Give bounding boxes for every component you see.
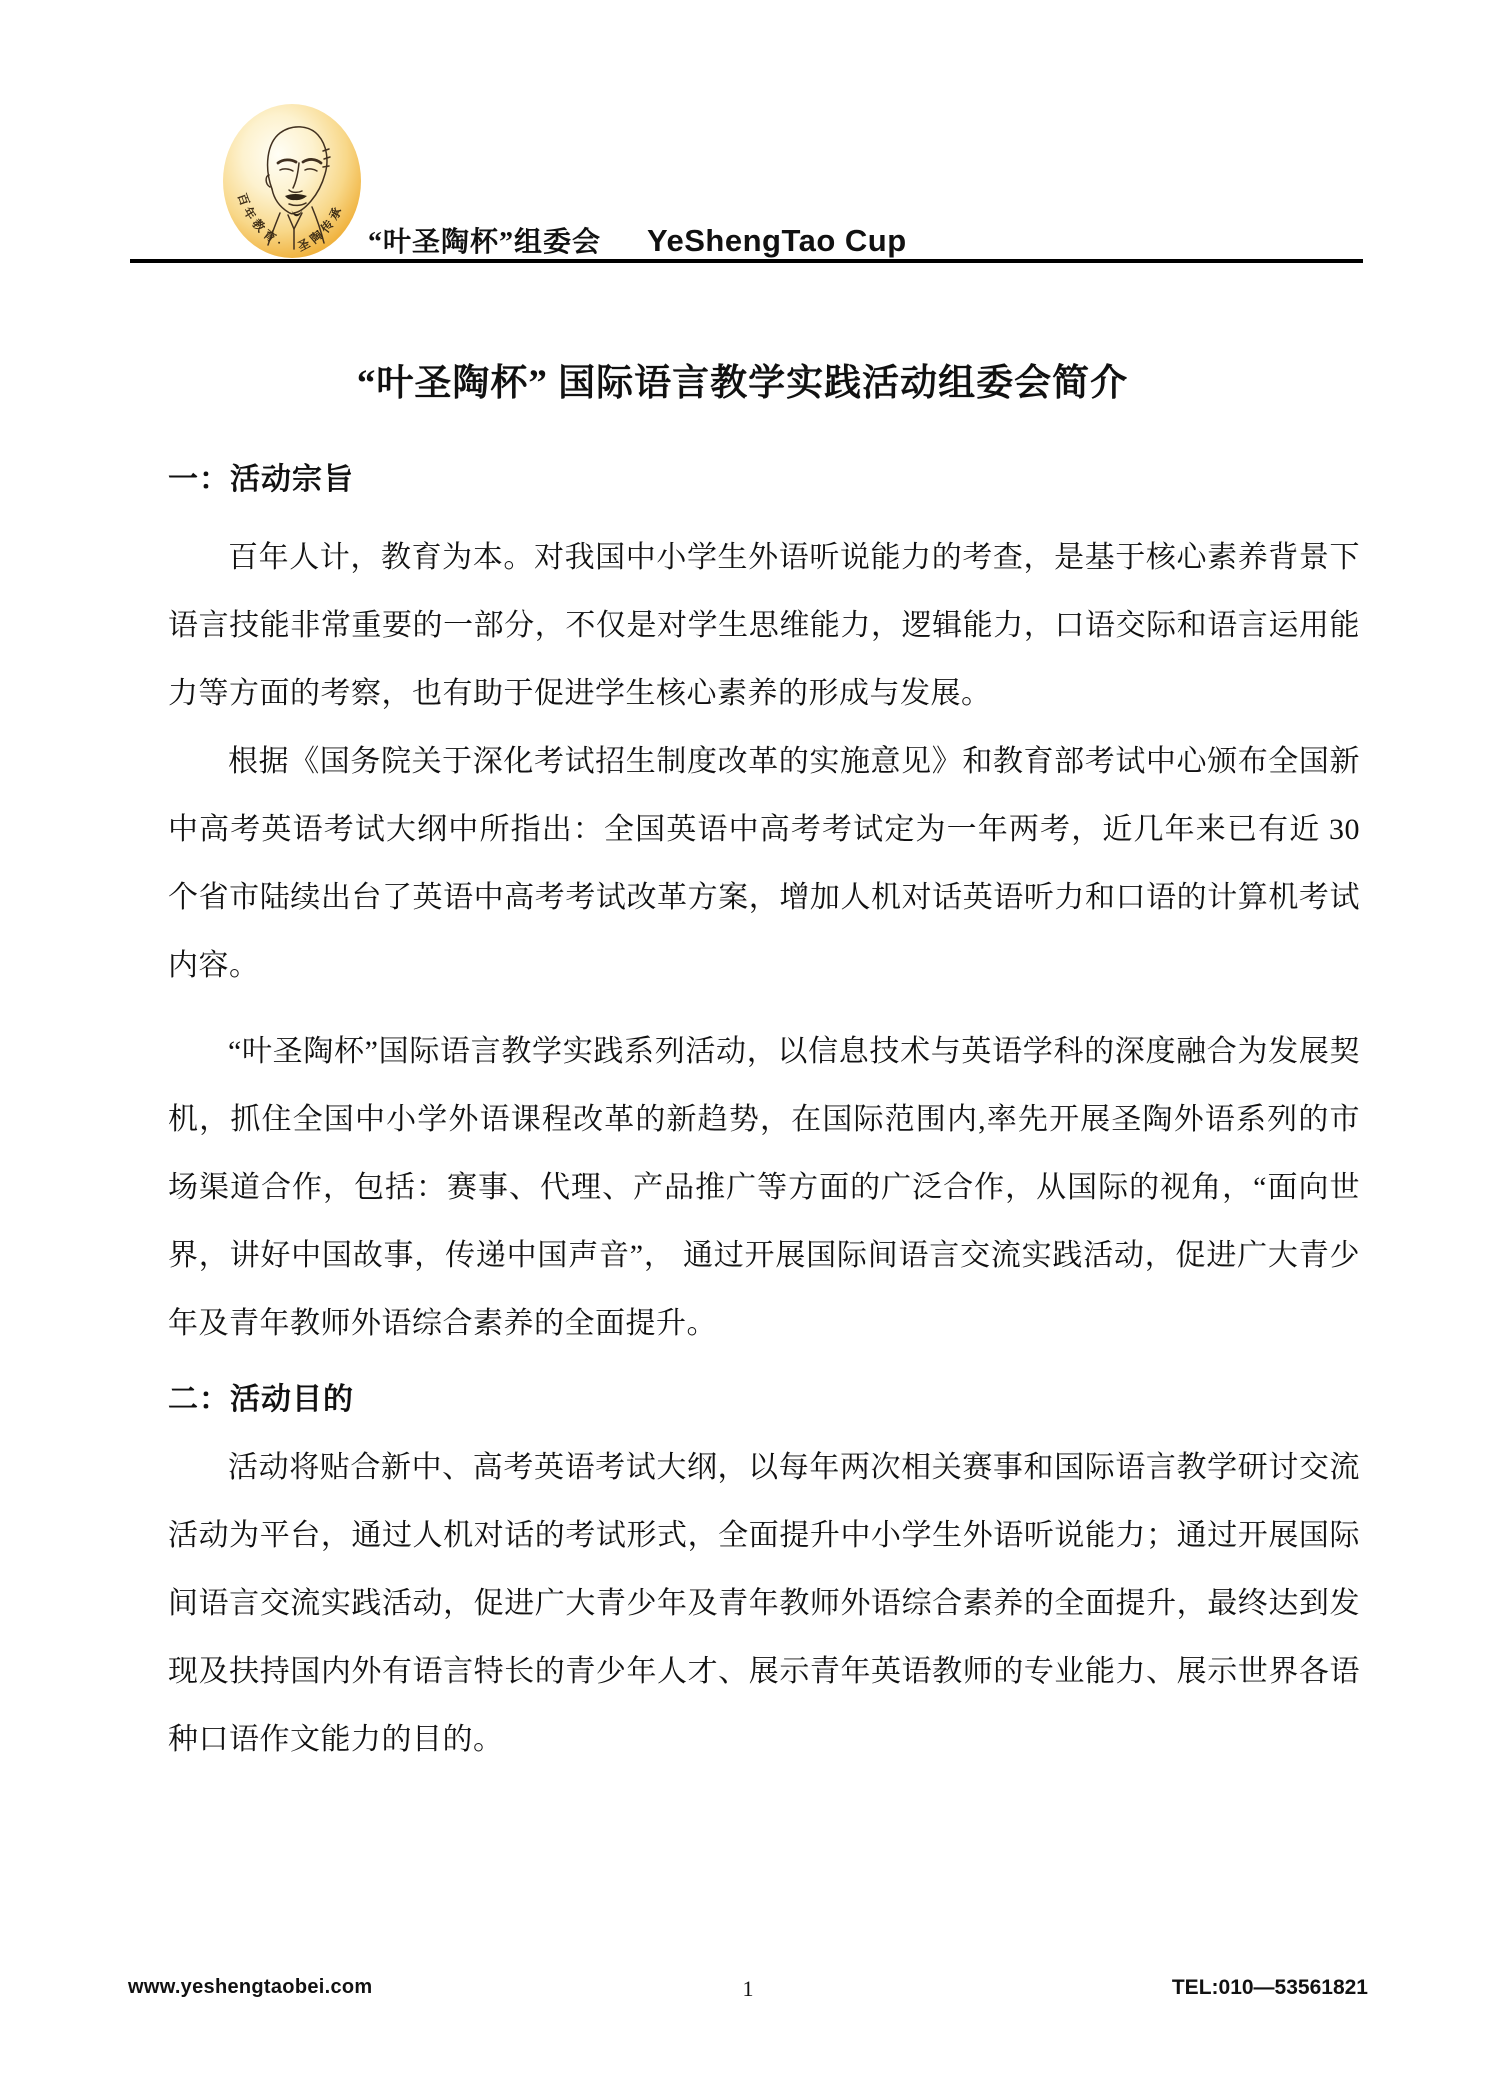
header-titles: “叶圣陶杯”组委会 YeShengTao Cup bbox=[368, 220, 907, 260]
document-body: 一：活动宗旨 百年人计，教育为本。对我国中小学生外语听说能力的考查，是基于核心素… bbox=[168, 458, 1360, 1774]
org-name-chinese: “叶圣陶杯”组委会 bbox=[368, 220, 601, 260]
section-2-paragraph-1: 活动将贴合新中、高考英语考试大纲，以每年两次相关赛事和国际语言教学研讨交流活动为… bbox=[168, 1434, 1360, 1774]
page-footer: www.yeshengtaobei.com 1 TEL:010—53561821 bbox=[128, 1976, 1368, 2006]
footer-page-number: 1 bbox=[743, 1976, 754, 2002]
section-1-heading: 一：活动宗旨 bbox=[168, 458, 1360, 502]
document-title: “叶圣陶杯” 国际语言教学实践活动组委会简介 bbox=[0, 352, 1485, 406]
yeshengtao-portrait-logo: 百年教育· 圣陶传承 bbox=[222, 103, 362, 260]
section-1-paragraph-3: “叶圣陶杯”国际语言教学实践系列活动，以信息技术与英语学科的深度融合为发展契机，… bbox=[168, 1018, 1360, 1358]
section-1-paragraph-2: 根据《国务院关于深化考试招生制度改革的实施意见》和教育部考试中心颁布全国新中高考… bbox=[168, 728, 1360, 1000]
section-2-heading: 二：活动目的 bbox=[168, 1378, 1360, 1422]
footer-website: www.yeshengtaobei.com bbox=[128, 1976, 373, 1999]
document-page: 百年教育· 圣陶传承 “叶圣陶杯”组委会 YeShengTao Cup “叶圣陶… bbox=[0, 0, 1485, 2100]
section-1-paragraph-1: 百年人计，教育为本。对我国中小学生外语听说能力的考查，是基于核心素养背景下语言技… bbox=[168, 524, 1360, 728]
header-divider-line bbox=[130, 259, 1363, 263]
org-name-english: YeShengTao Cup bbox=[647, 223, 907, 259]
footer-telephone: TEL:010—53561821 bbox=[1172, 1976, 1368, 2000]
